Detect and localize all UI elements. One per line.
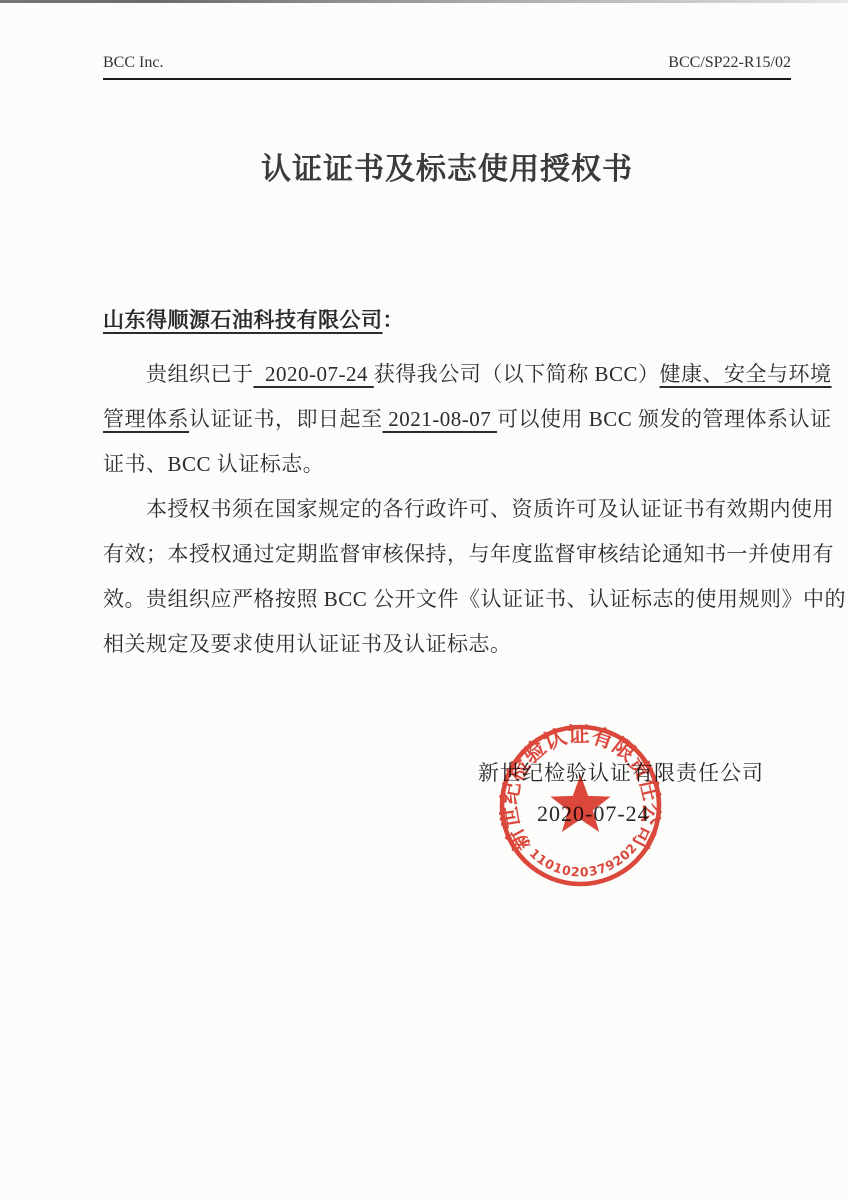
body-text-underlined: 2021-08-07 [383,407,498,431]
company-seal-stamp: 新世纪检验认证有限责任公司 1101020379202 [497,722,664,889]
body-paragraphs: 贵组织已于 2020-07-24 获得我公司（以下简称 BCC）健康、安全与环境… [103,352,751,667]
stamp-star-icon [550,775,610,832]
body-line: 证书、BCC 认证标志。 [103,442,751,487]
body-text: 认证证书，即日起至 [189,407,383,431]
body-text: 本授权书须在国家规定的各行政许可、资质许可及认证证书有效期内使用 [146,497,834,521]
scan-artifact-top-edge [0,0,848,3]
body-text: 贵组织已于 [146,362,254,386]
header-org-name: BCC Inc. [103,53,163,73]
body-line: 管理体系认证证书，即日起至 2021-08-07 可以使用 BCC 颁发的管理体… [103,397,751,442]
body-text-underlined: 2020-07-24 [254,362,374,386]
document-title: 认证证书及标志使用授权书 [103,144,791,188]
body-line: 相关规定及要求使用认证证书及认证标志。 [103,622,751,667]
body-text: 获得我公司（以下简称 BCC） [374,362,660,386]
body-text: 证书、BCC 认证标志。 [103,452,324,476]
document-body: 山东得顺源石油科技有限公司： 贵组织已于 2020-07-24 获得我公司（以下… [103,298,751,667]
header-doc-code: BCC/SP22-R15/02 [668,53,791,73]
body-text-underlined: 管理体系 [103,407,189,431]
body-line: 贵组织已于 2020-07-24 获得我公司（以下简称 BCC）健康、安全与环境 [103,352,751,397]
document-header: BCC Inc. BCC/SP22-R15/02 [103,53,791,80]
body-text: 可以使用 BCC 颁发的管理体系认证 [497,407,832,431]
body-text-underlined: 健康、安全与环境 [660,362,832,386]
body-text: 效。贵组织应严格按照 BCC 公开文件《认证证书、认证标志的使用规则》中的 [103,587,846,611]
recipient-company-name: 山东得顺源石油科技有限公司 [103,308,383,332]
body-line: 本授权书须在国家规定的各行政许可、资质许可及认证证书有效期内使用 [103,487,751,532]
recipient-line: 山东得顺源石油科技有限公司： [103,298,751,343]
body-text: 相关规定及要求使用认证证书及认证标志。 [103,632,512,656]
body-line: 效。贵组织应严格按照 BCC 公开文件《认证证书、认证标志的使用规则》中的 [103,577,751,622]
document-page: BCC Inc. BCC/SP22-R15/02 认证证书及标志使用授权书 山东… [0,0,848,1200]
body-text: 有效；本授权通过定期监督审核保持，与年度监督审核结论通知书一并使用有 [103,542,834,566]
body-line: 有效；本授权通过定期监督审核保持，与年度监督审核结论通知书一并使用有 [103,532,751,577]
recipient-colon: ： [383,308,405,332]
